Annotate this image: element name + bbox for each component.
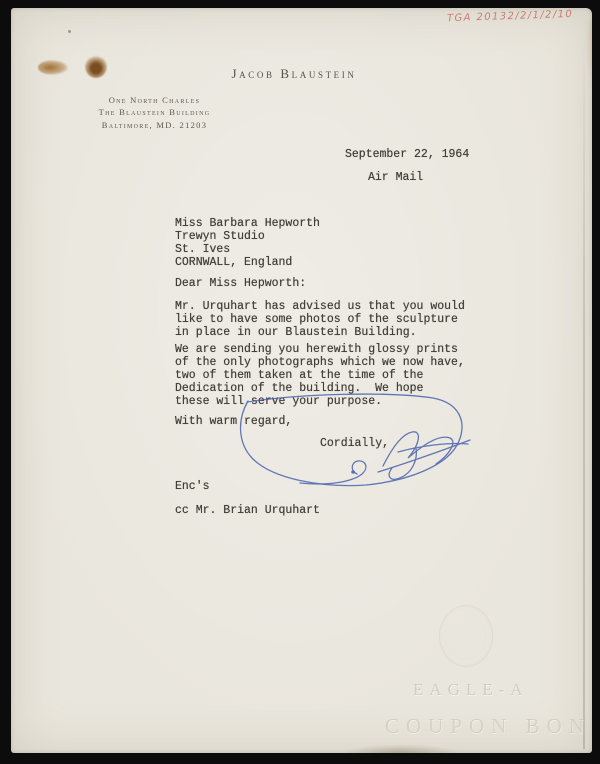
enclosure-note: Enc's [175,480,210,493]
letter-date: September 22, 1964 [345,148,469,161]
recipient-address: Miss Barbara Hepworth Trewyn Studio St. … [175,217,320,269]
watermark-line-2: COUPON BOND [385,714,592,739]
watermark-emblem [439,605,493,667]
mail-mode: Air Mail [368,171,423,184]
letterhead-address-line: The Blaustein Building [72,106,237,118]
bottom-edge-shadow [341,744,461,753]
valediction: Cordially, [320,437,389,450]
closing-regard: With warm regard, [175,415,292,428]
scan-background: EAGLE-A COUPON BOND TGA 20132/2/1/2/10 J… [0,0,600,764]
cc-line: cc Mr. Brian Urquhart [175,504,320,517]
salutation: Dear Miss Hepworth: [175,277,306,290]
letterhead-name: Jacob Blaustein [0,66,588,82]
body-paragraph-1: Mr. Urquhart has advised us that you wou… [175,300,485,339]
paper-speck [68,30,71,33]
letterhead-address-line: Baltimore, MD. 21203 [72,119,237,131]
body-paragraph-2: We are sending you herewith glossy print… [175,343,485,408]
watermark-line-1: EAGLE-A [413,680,529,700]
letterhead-address-line: One North Charles [72,94,237,106]
letterhead-address: One North Charles The Blaustein Building… [72,94,237,131]
page-edge-shadow [583,38,585,749]
